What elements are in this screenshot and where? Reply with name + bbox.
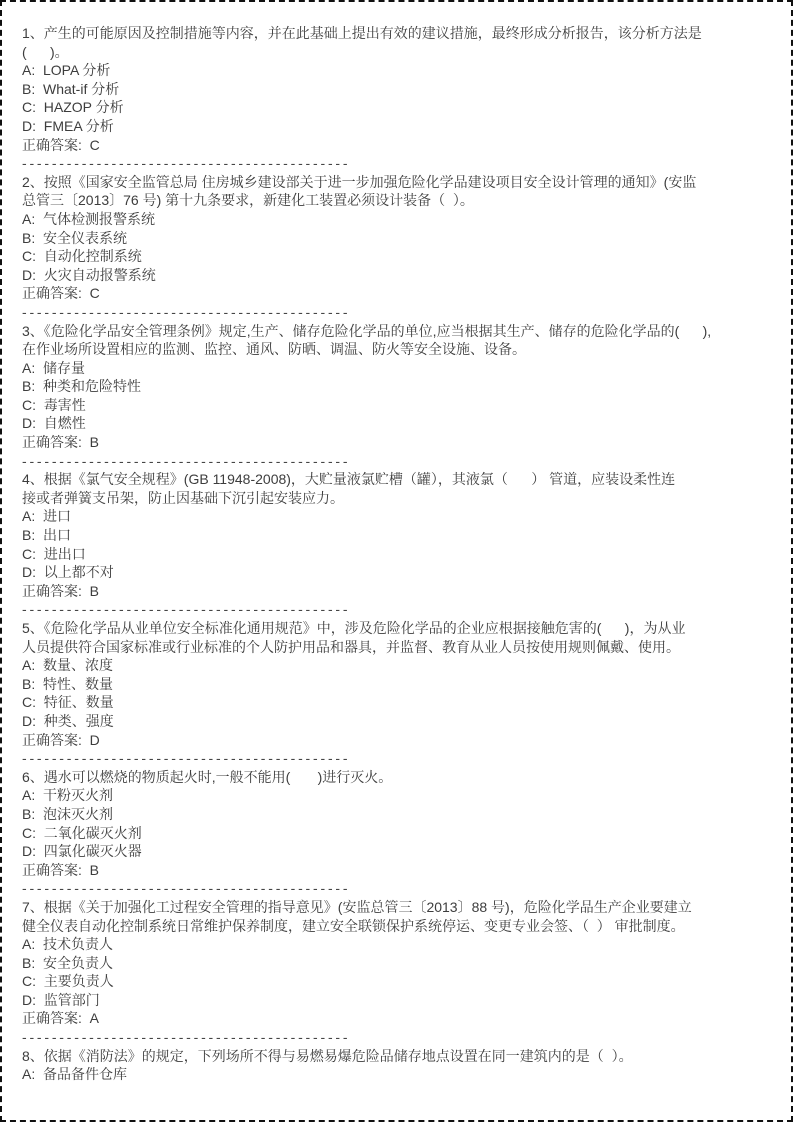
question-option: B: 泡沫灭火剂 [22, 805, 767, 824]
question-7: 7、根据《关于加强化工过程安全管理的指导意见》(安监总管三〔2013〕88 号)… [22, 898, 767, 1047]
question-option: D: 监管部门 [22, 991, 767, 1010]
question-stem: 6、遇水可以燃烧的物质起火时,一般不能用( )进行灭火。 [22, 768, 767, 787]
question-4: 4、根据《氯气安全规程》(GB 11948-2008)，大贮量液氯贮槽（罐），其… [22, 470, 767, 619]
question-option: B: 出口 [22, 526, 767, 545]
question-option: B: 种类和危险特性 [22, 377, 767, 396]
document-page: 1、产生的可能原因及控制措施等内容，并在此基础上提出有效的建议措施，最终形成分析… [0, 0, 793, 1122]
question-option: A: 气体检测报警系统 [22, 210, 767, 229]
question-option: D: 火灾自动报警系统 [22, 266, 767, 285]
question-option: D: 种类、强度 [22, 712, 767, 731]
question-option: A: 技术负责人 [22, 935, 767, 954]
correct-answer: 正确答案: C [22, 136, 767, 155]
question-separator: ----------------------------------------… [22, 1028, 767, 1047]
correct-answer: 正确答案: A [22, 1009, 767, 1028]
question-option: B: 安全仪表系统 [22, 229, 767, 248]
question-1: 1、产生的可能原因及控制措施等内容，并在此基础上提出有效的建议措施，最终形成分析… [22, 24, 767, 173]
question-stem: 7、根据《关于加强化工过程安全管理的指导意见》(安监总管三〔2013〕88 号)… [22, 898, 767, 935]
question-separator: ----------------------------------------… [22, 154, 767, 173]
question-separator: ----------------------------------------… [22, 303, 767, 322]
question-option: D: FMEA 分析 [22, 117, 767, 136]
question-option: C: 主要负责人 [22, 972, 767, 991]
question-5: 5、《危险化学品从业单位安全标准化通用规范》中，涉及危险化学品的企业应根据接触危… [22, 619, 767, 768]
question-separator: ----------------------------------------… [22, 600, 767, 619]
question-stem: 3、《危险化学品安全管理条例》规定,生产、储存危险化学品的单位,应当根据其生产、… [22, 322, 767, 359]
question-option: B: 安全负责人 [22, 954, 767, 973]
question-option: A: LOPA 分析 [22, 61, 767, 80]
question-option: C: 毒害性 [22, 396, 767, 415]
question-option: D: 四氯化碳灭火器 [22, 842, 767, 861]
question-option: A: 备品备件仓库 [22, 1065, 767, 1084]
question-stem: 5、《危险化学品从业单位安全标准化通用规范》中，涉及危险化学品的企业应根据接触危… [22, 619, 767, 656]
correct-answer: 正确答案: B [22, 433, 767, 452]
question-option: A: 储存量 [22, 359, 767, 378]
question-2: 2、按照《国家安全监管总局 住房城乡建设部关于进一步加强危险化学品建设项目安全设… [22, 173, 767, 322]
question-option: C: 进出口 [22, 545, 767, 564]
question-stem: 4、根据《氯气安全规程》(GB 11948-2008)，大贮量液氯贮槽（罐），其… [22, 470, 767, 507]
correct-answer: 正确答案: D [22, 731, 767, 750]
correct-answer: 正确答案: B [22, 861, 767, 880]
question-separator: ----------------------------------------… [22, 749, 767, 768]
question-option: D: 自燃性 [22, 414, 767, 433]
question-option: C: 特征、数量 [22, 693, 767, 712]
question-option: A: 数量、浓度 [22, 656, 767, 675]
question-8: 8、依据《消防法》的规定，下列场所不得与易燃易爆危险品储存地点设置在同一建筑内的… [22, 1047, 767, 1084]
question-separator: ----------------------------------------… [22, 452, 767, 471]
question-stem: 1、产生的可能原因及控制措施等内容，并在此基础上提出有效的建议措施，最终形成分析… [22, 24, 767, 61]
question-3: 3、《危险化学品安全管理条例》规定,生产、储存危险化学品的单位,应当根据其生产、… [22, 322, 767, 471]
question-stem: 2、按照《国家安全监管总局 住房城乡建设部关于进一步加强危险化学品建设项目安全设… [22, 173, 767, 210]
question-option: A: 进口 [22, 507, 767, 526]
question-stem: 8、依据《消防法》的规定，下列场所不得与易燃易爆危险品储存地点设置在同一建筑内的… [22, 1047, 767, 1066]
question-option: D: 以上都不对 [22, 563, 767, 582]
correct-answer: 正确答案: C [22, 284, 767, 303]
question-option: A: 干粉灭火剂 [22, 786, 767, 805]
question-6: 6、遇水可以燃烧的物质起火时,一般不能用( )进行灭火。 A: 干粉灭火剂 B:… [22, 768, 767, 898]
question-option: C: HAZOP 分析 [22, 98, 767, 117]
question-option: C: 自动化控制系统 [22, 247, 767, 266]
question-option: C: 二氧化碳灭火剂 [22, 824, 767, 843]
question-separator: ----------------------------------------… [22, 879, 767, 898]
correct-answer: 正确答案: B [22, 582, 767, 601]
question-option: B: What-if 分析 [22, 80, 767, 99]
question-option: B: 特性、数量 [22, 675, 767, 694]
